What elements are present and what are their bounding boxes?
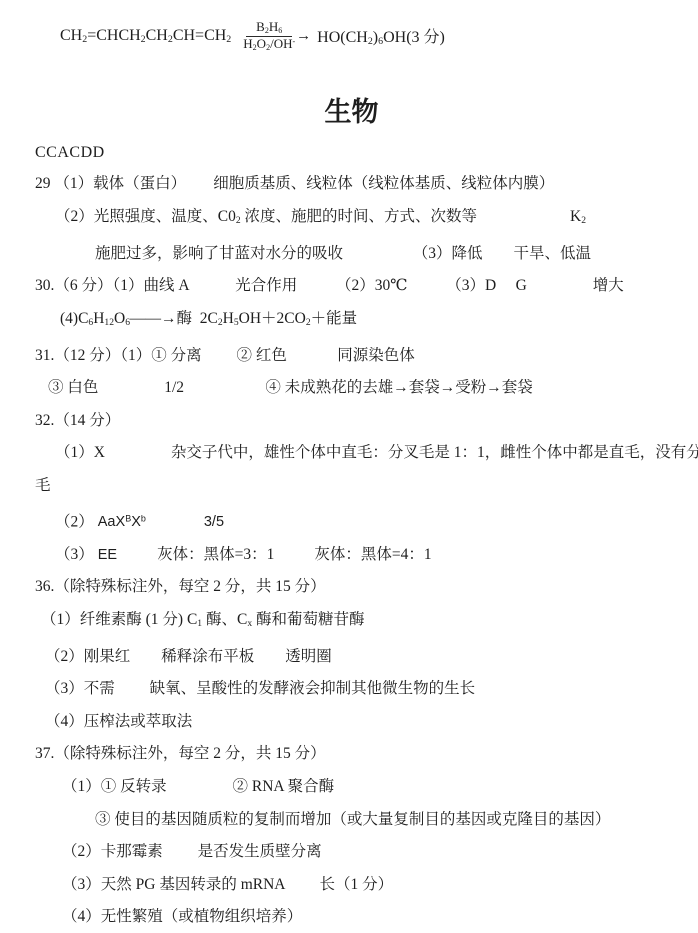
ratio-answer-1: 灰体：黑体=3：1 [157, 546, 274, 563]
answer-line-36-3: （3）不需 缺氧、呈酸性的发酵液会抑制其他微生物的生长 [45, 679, 668, 699]
page-title: 生物 [35, 96, 668, 130]
answer-line-37-2: （2）卡那霉素 是否发生质壁分离 [62, 842, 668, 862]
genotype-answer: EE [98, 547, 117, 563]
answer-line-36-2: （2）刚果红 稀释涂布平板 透明圈 [45, 647, 668, 667]
reaction-arrow-icon: → [296, 28, 311, 45]
answer-line-37-1: （1）① 反转录 ② RNA 聚合酶 [62, 777, 668, 797]
answer-line-29-2b: 施肥过多，影响了甘蓝对水分的吸收 （3）降低 干旱、低温 [95, 244, 668, 264]
answer-line-36: 36.（除特殊标注外，每空 2 分，共 15 分） [35, 577, 668, 597]
chem-reactant: CH2=CHCH2CH2CH=CH2 [60, 27, 231, 45]
answer-line-32: 32.（14 分） [35, 411, 668, 431]
answer-line-36-4: （4）压榨法或萃取法 [45, 712, 668, 732]
ratio-answer-2: 灰体：黑体=4：1 [314, 546, 431, 563]
answer-line-30-4: (4)C6H12O6——→酶 2C2H5OH＋2CO2＋能量 [60, 309, 668, 333]
answer-line-29-2: （2）光照强度、温度、C02 浓度、施肥的时间、方式、次数等 K2 [55, 207, 668, 231]
genotype-answer: AaXBXb [98, 514, 146, 530]
item-label: （2） [55, 513, 94, 530]
answer-line-37-4: （4）无性繁殖（或植物组织培养） [62, 907, 668, 927]
answer-line-30: 30.（6 分）（1）曲线 A 光合作用 （2）30℃ （3）D G 增大 [35, 276, 668, 296]
reaction-conditions: B2H6H2O2/OH- [233, 20, 305, 52]
chem-product: HO(CH2)6OH(3 分) [313, 24, 445, 47]
reagent-above-arrow: B2H6 [246, 20, 292, 37]
answer-line-31-3: ③ 白色 1/2 ④ 未成熟花的去雄→套袋→受粉→套袋 [48, 378, 668, 398]
item-label: （3） [55, 546, 94, 563]
answer-line-37: 37.（除特殊标注外，每空 2 分，共 15 分） [35, 744, 668, 764]
chemistry-equation: CH2=CHCH2CH2CH=CH2B2H6H2O2/OH-→ HO(CH2)6… [60, 20, 668, 52]
reagent-below-arrow: H2O2/OH- [233, 37, 305, 52]
answer-line-32-1b: 毛 [35, 476, 668, 496]
answer-line-32-1: （1）X 杂交子代中，雄性个体中直毛：分叉毛是 1：1，雌性个体中都是直毛，没有… [55, 443, 668, 463]
answer-line-32-2: （2）AaXBXb3/5 [55, 509, 668, 532]
answer-line-32-3: （3）EE灰体：黑体=3：1灰体：黑体=4：1 [55, 545, 668, 565]
multiple-choice-answers: CCACDD [35, 144, 668, 162]
answer-line-29-1: 29 （1）载体（蛋白） 细胞质基质、线粒体（线粒体基质、线粒体内膜） [35, 174, 668, 194]
answer-line-31: 31.（12 分）（1）① 分离 ② 红色 同源染色体 [35, 346, 668, 366]
document-page: CH2=CHCH2CH2CH=CH2B2H6H2O2/OH-→ HO(CH2)6… [0, 0, 698, 933]
probability-answer: 3/5 [204, 514, 224, 530]
answer-line-37-1c: ③ 使目的基因随质粒的复制而增加（或大量复制目的基因或克隆目的基因） [95, 810, 668, 830]
answer-line-36-1: （1）纤维素酶 (1 分) C1 酶、Cx 酶和葡萄糖苷酶 [41, 610, 668, 634]
answer-line-37-3: （3）天然 PG 基因转录的 mRNA 长（1 分） [62, 875, 668, 895]
